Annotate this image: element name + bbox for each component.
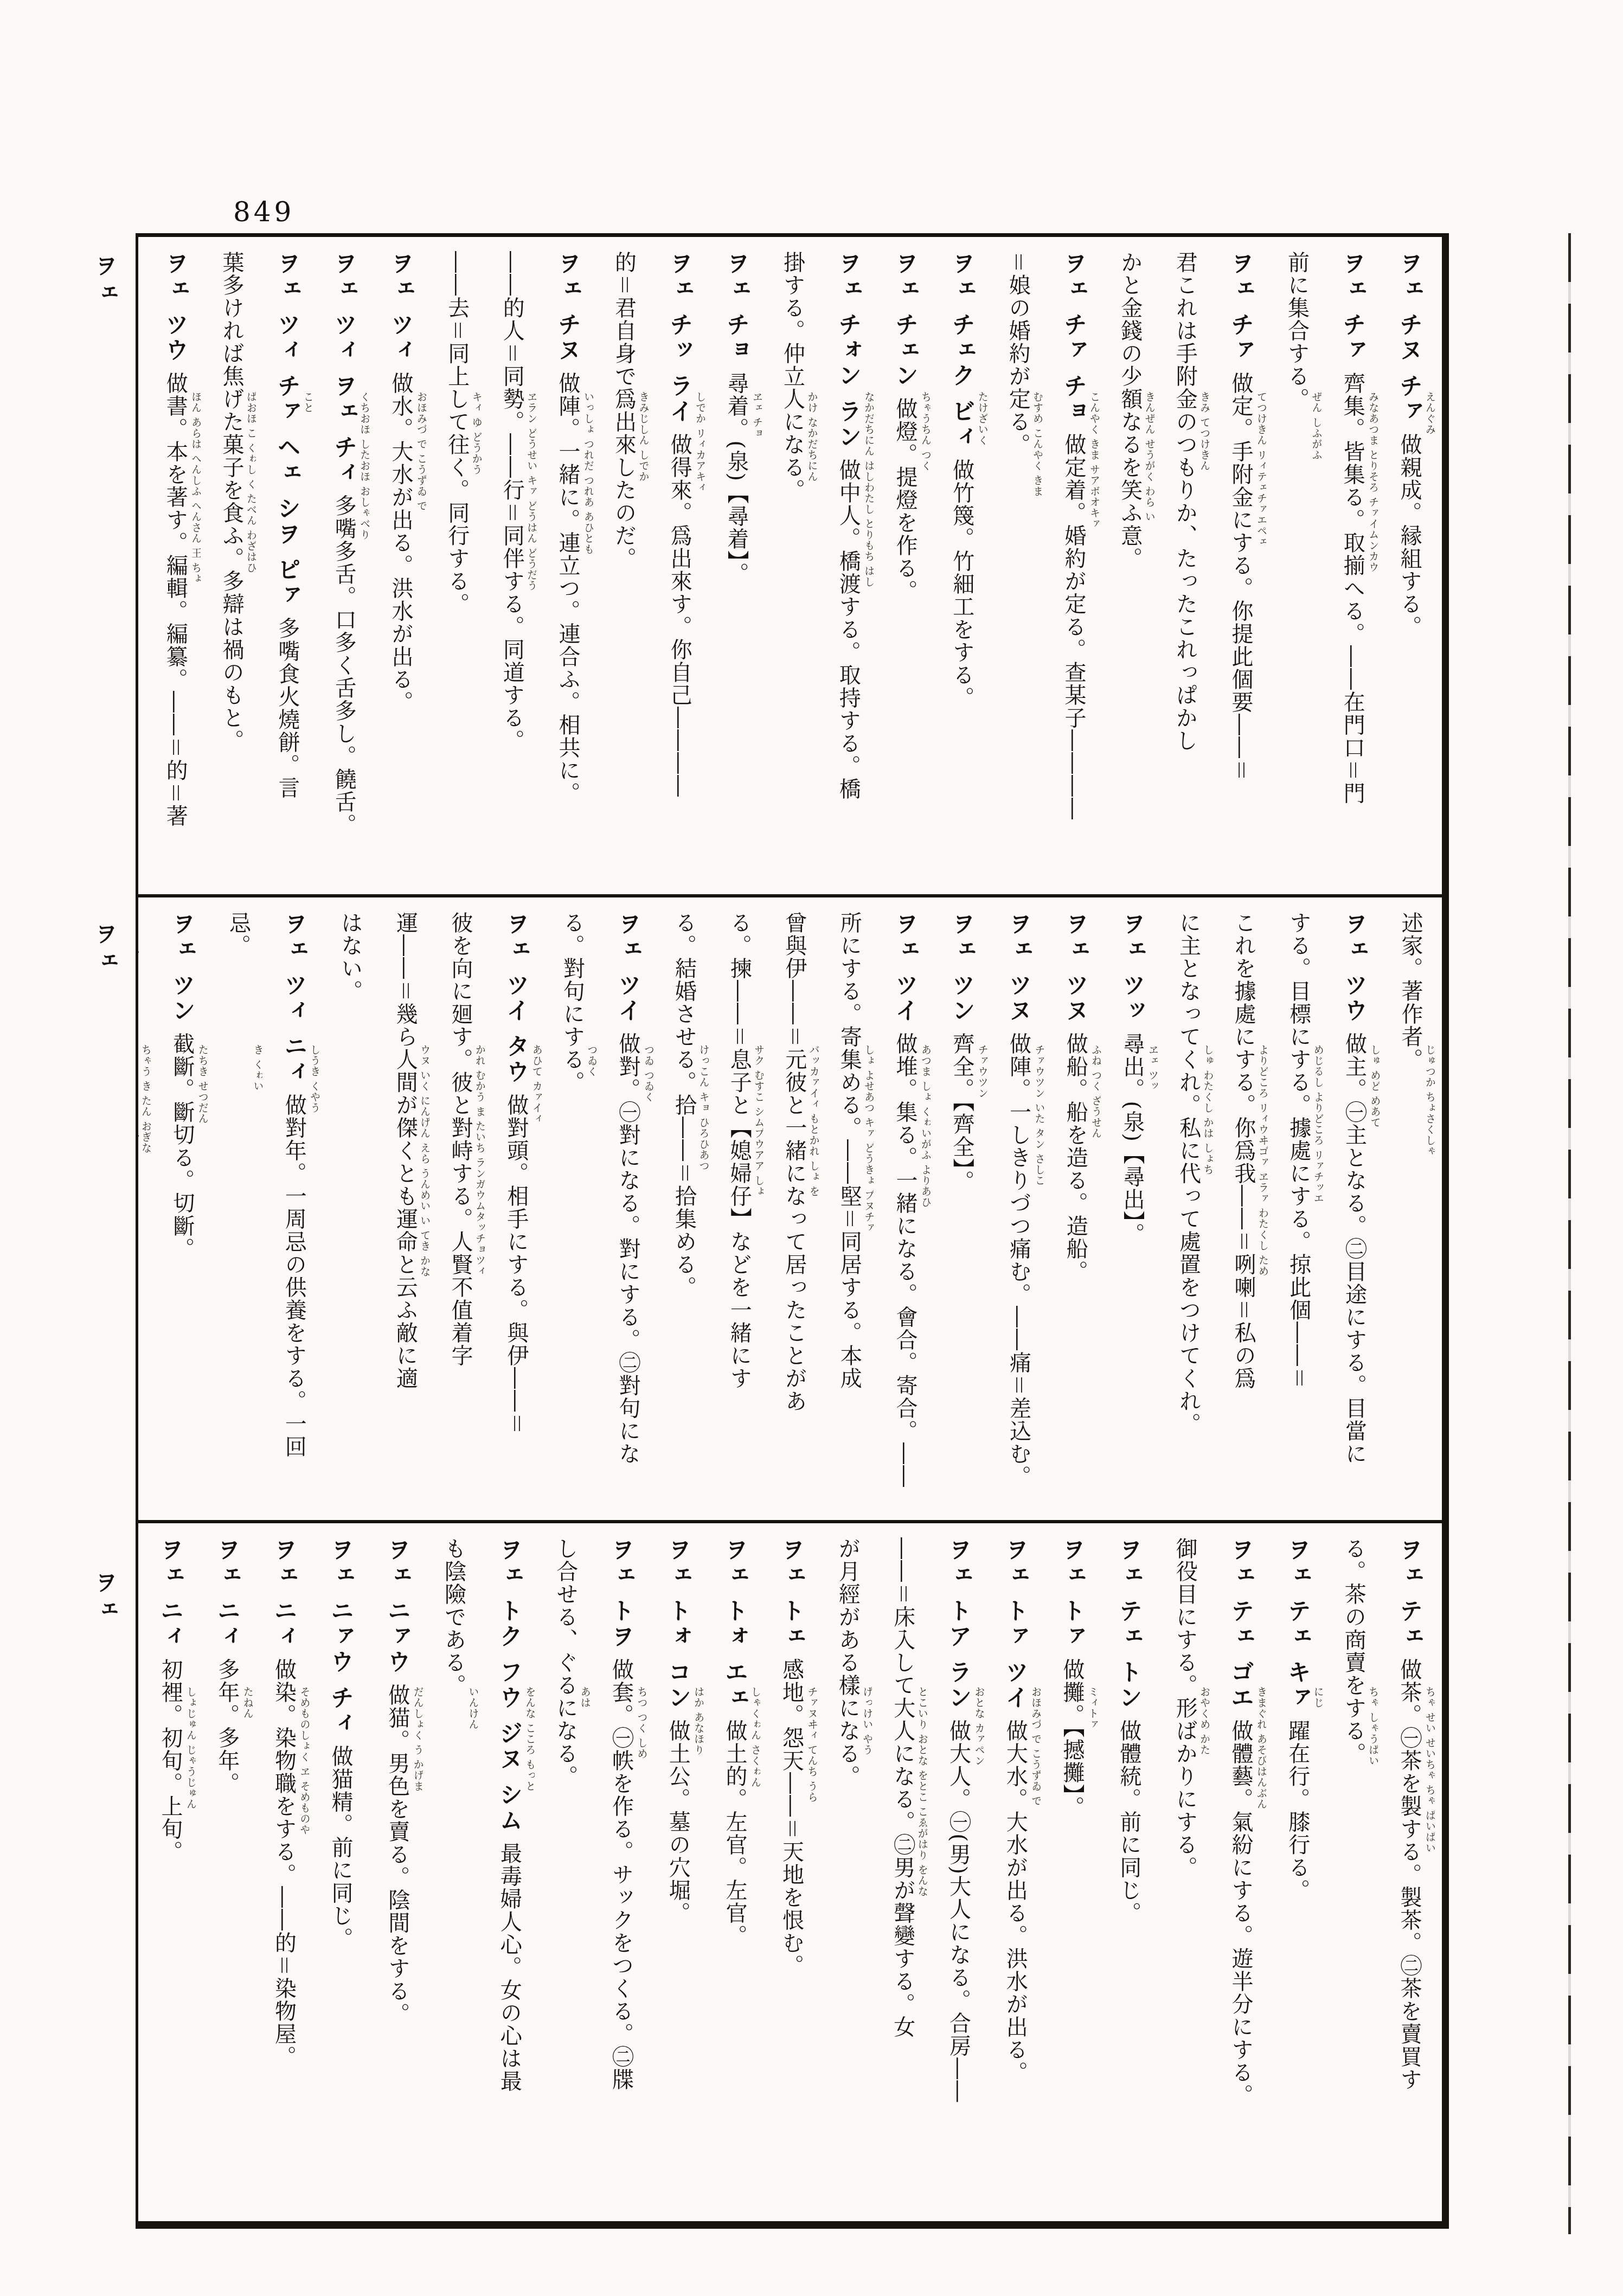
entry-text: 忌。 [226,912,251,957]
headword-kana: ヲェ トァ ツイ [1002,1537,1029,1711]
furigana: きんぜん せうがく わら い [1144,392,1154,522]
entry-text: ――的人＝同勢。――行＝同伴する。同道する。 [499,251,524,752]
entry-continuation-column: 曾與伊――＝元彼と一緒になって居ったことがあバッカァイィ もとかれ しょ を [782,912,805,1515]
entry-text: ＝娘の婚約が定る。 [1005,251,1030,456]
entry-text: 做土的。左官。左官。 [722,1720,747,1947]
furigana: にじ [1312,1686,1323,1708]
furigana: しゃくゎん さくゎん [749,1686,760,1788]
headword-kana: ヲェ チョ [723,251,750,363]
furigana: ミィトァ [1087,1686,1098,1730]
entry-continuation-column: 君これは手附金のつもりか、たったこれっぱかしきみ てつけきん [1173,251,1196,889]
headword-kana: ヲェ トア ラン [945,1537,972,1711]
entry-column: ヲェ ツイ做堆。集る。一緒になる。會合。寄合。――あつま しょ くゎいがふ より… [893,912,917,1515]
entry-text: 做竹篾。竹細工をする。 [950,459,974,709]
headword-kana: ヲェ チッ ライ [666,251,693,425]
furigana: き くゎい [252,1044,263,1092]
band-middle: 述家。著作者。じゅつか ちょさくしゃヲェ ツウ做主。㊀主となる。㊁目途にする。目… [138,897,1442,1520]
furigana: チァヌヰィ てんち うら [806,1686,817,1803]
dictionary-scan-page: { "page": { "number": "849", "margin_lab… [0,0,1623,2296]
entry-text: 做書。本を著す。編輯。編纂。――＝的＝著 [163,372,188,828]
entry-column: ヲェ チァ齊集。皆集る。取揃へる。――在門口＝門みなあつま とりそろ チァイムン… [1340,251,1365,889]
entry-continuation-column: に主となってくれ。私に代って處置をつけてくれ。しゅ わたくし かは しょち [1177,912,1199,1515]
furigana: バッカァイィ もとかれ しょ を [808,1044,819,1197]
furigana: おほみづ で こうずゐ で [1030,1686,1041,1806]
headword-kana: ヲェ ツィ チァ ヘェ シヲ ピァ [274,251,301,608]
headword-kana: ヲェ ツイ [614,912,641,1024]
furigana: ふね つく ざうせん [1090,1044,1101,1139]
furigana: ちゃ しゃうばい [1368,1686,1378,1766]
headword-kana: ヲェ チァ [1339,251,1366,363]
entry-text: 做定着。婚約が定る。查某子―――― [1061,433,1086,820]
furigana: てつけきん リィテェチァエペェ [1255,392,1266,547]
entry-continuation-column: 述家。著作者。じゅつか ちょさくしゃ [1399,912,1421,1515]
furigana: キィ ゆ どうかう [471,392,482,475]
entry-continuation-column: る。茶の商賣をする。ちゃ しゃうばい [1342,1537,1365,2216]
entry-text: 做堆。集る。一緒になる。會合。寄合。―― [893,1032,918,1488]
furigana: あつま しょ くゎいがふ よりあひ [920,1044,931,1208]
entry-text: 做得來。爲出來す。你自己―――― [667,433,692,798]
entry-column: ヲェ トェ感地。怨天――＝天地を恨む。チァヌヰィ てんち うら [779,1537,804,2216]
entry-continuation-column: これを據處にする。你爲我――＝咧喇＝私の爲よりどころ リィウヰゴァ ヱラァ わた… [1232,912,1255,1515]
entry-continuation-column: 運――＝幾ら人間が傑くとも運命と云ふ敵に適ウヌ いく にんげん えら うんめい … [394,912,416,1515]
entry-text: 尋着。(泉)【尋着】。 [724,372,749,585]
entry-column: ヲェ ツィ做水。大水が出る。洪水が出る。おほみづ で こうずゐ で [388,251,413,889]
headword-kana: ヲェ ニァウ [384,1537,411,1675]
entry-column: ヲェ ニィ做染。染物職をする。――的＝染物屋。そめものしょく ヱ そめものや [272,1537,296,2216]
entry-continuation-column: 掛する。仲立人になる。かけ なかだちにん [781,251,804,889]
furigana: しゅ わたくし かは しょち [1202,1044,1213,1175]
entry-column: ヲェ ニィ初裡。初旬。上旬。しょじゅん じゃうじゅん [158,1537,182,2216]
margin-index-label: ヲェ [93,922,116,976]
entry-column: ヲェ ツウ做主。㊀主となる。㊁目途にする。目當にしゅ めど めあて [1342,912,1367,1515]
headword-kana: ヲェ ツイ タウ [503,912,530,1085]
margin-index-label: ヲェ [93,254,116,308]
headword-kana: ヲェ ツィ ヲェ チィ [330,251,357,486]
entry-column: ヲェ テェ キァ躍在行。膝行る。にじ [1285,1537,1310,2216]
entry-text: 做陣。一緒に。連立つ。連合ふ。相共に。 [555,372,580,805]
headword-kana: ヲェ チァ [1227,251,1254,363]
entry-text: 做中人。橋渡する。取持する。橋 [836,459,861,800]
entry-column: ヲェ チァ チョ做定着。婚約が定る。查某子――――こんやく きま サアボオキァ [1061,251,1086,889]
entry-text: 做體統。前に同じ。 [1117,1720,1141,1925]
entry-continuation-column: 彼を向に廻す。彼と對峙する。人賢不值着字かれ むかう ま たいち ランガウムタッ… [448,912,471,1515]
entry-text: る。茶の商賣をする。 [1341,1537,1366,1765]
entry-column: ヲェ トァ做攤。【撼攤】。ミィトァ [1060,1537,1084,2216]
furigana: むすめ こんやく きま [1032,392,1043,497]
entry-text: が月經がある樣になる。 [835,1537,860,1788]
headword-kana: ヲェ ニィ [214,1537,241,1650]
headword-kana: ヲェ ニァウ チィ [327,1537,354,1736]
entry-text: 做茶。㊀茶を製する。製茶。㊁茶を賣買す [1397,1658,1422,2091]
headword-kana: ヲェ トォ コン [664,1537,691,1711]
entry-continuation-column: し合せる、ぐるになる。あは [554,1537,576,2216]
furigana: きみじしん しでか [638,392,649,482]
headword-kana: ヲェ ニィ [157,1537,184,1650]
headword-kana: ヲェ テェ トン [1115,1537,1143,1711]
furigana: きまぐれ あそびはんぶん [1255,1686,1266,1810]
entry-text: 初裡。初旬。上旬。 [158,1658,183,1863]
headword-kana: ヲェ チヌ [554,251,581,363]
entry-continuation-column: 的＝君自身で爲出來したのだ。きみじしん しでか [612,251,635,889]
entry-text: 做陣。一しきりづつ痛む。――痛＝差込む。 [1006,1032,1031,1488]
entry-continuation-column: ＝娘の婚約が定る。むすめ こんやく きま [1006,251,1029,889]
headword-kana: ヲェ ツイ [891,912,919,1024]
page-number: 849 [233,196,294,228]
entry-continuation-column: が月經がある樣になる。げっけい やう [836,1537,859,2216]
headword-kana: ヲェ トェ [778,1537,805,1650]
entry-continuation-column: る。揀――＝息子と【媳婦仔】などを一緒にすサク むすこ シムプウアア しょ [728,912,750,1515]
headword-kana: ヲェ ツッ [1119,912,1146,1024]
furigana: こと [302,392,313,413]
entry-column: ヲェ テェ トン做體統。前に同じ。 [1117,1537,1141,2216]
furigana: とこいり おとな をとこ こゑがはり をんな [916,1686,927,1897]
furigana: チァウツン [977,1044,987,1099]
entry-column: ヲェ ツヌ做船。船を造る。造船。ふね つく ざうせん [1063,912,1087,1515]
entry-column: ヲェ ツィ ヲェ チィ多嘴多舌。口多く舌多し。饒舌。くちおほ したおほ おしゃべ… [332,251,356,889]
entry-column: ヲェ チォン ラン做中人。橋渡する。取持する。橋なかだちにん はしわたし とりも… [836,251,861,889]
entry-text: 做染。染物職をする。――的＝染物屋。 [271,1658,296,2068]
entry-text: ――去＝同上して往く。同行する。 [445,251,470,615]
entry-text: し合せる、ぐるになる。 [553,1537,578,1788]
entry-column: ヲェ チァ做定。手附金にする。你提此個要――＝てつけきん リィテェチァエペェ [1228,251,1253,889]
furigana: ちゃうちん つく [920,392,931,471]
furigana: じゅつか ちょさくしゃ [1424,1044,1435,1157]
entry-text: も陰險である。 [441,1537,466,1697]
furigana: たけざいく [977,392,987,446]
headword-kana: ヲェ テェ ゴエ [1227,1537,1254,1711]
entry-text: 最毒婦人心。女の心は最 [497,1842,522,2093]
margin-index-label: ヲェ [93,1570,116,1625]
entry-column: ヲェ トァ ツイ做大水。大水が出る。洪水が出る。おほみづ で こうずゐ で [1003,1537,1028,2216]
entry-text: 感地。怨天――＝天地を恨む。 [779,1658,804,1977]
page-edge-line [1568,233,1571,2234]
furigana: ぜん しふがふ [1311,392,1322,460]
furigana: たねん [242,1686,253,1719]
furigana: つゐ つゐく [643,1044,653,1102]
headword-kana: ヲェ トァ [1059,1537,1086,1650]
entry-text: 做套。㊀帙を作る。サックをつくる。㊁牒 [608,1658,633,2091]
entry-continuation-column: する。目標にする。據處にする。掠此個――＝めじるし よりどころ リァチッエ [1287,912,1310,1515]
headword-kana: ヲェ ツウ [162,251,189,363]
entry-text: 齊全。【齊全】。 [950,1032,974,1193]
furigana: くちおほ したおほ おしゃべり [359,392,370,540]
entry-continuation-column: ――的人＝同勢。――行＝同伴する。同道する。ヱラン どうせい キァ どうはん ど… [501,251,523,889]
entry-text: する。目標にする。據處にする。掠此個――＝ [1286,912,1311,1390]
headword-kana: ヲェ ツィ [387,251,414,363]
furigana: かけ なかだちにん [806,392,817,482]
furigana: いんけん [467,1686,478,1730]
furigana: ヱラン どうせい キァ どうはん どうだう [526,392,537,591]
headword-kana: ヲェ トォ エェ [721,1537,748,1711]
furigana: だんしょく う かげま [412,1686,423,1792]
furigana: きみ てつけきん [1199,392,1210,471]
furigana: サク むすこ シムプウアア しょ [753,1044,764,1197]
entry-text: 做猫精。前に同じ。 [328,1745,353,1950]
furigana: しでか リィカアキィ [695,392,705,493]
entry-text: かと金錢の少額なるを笑ふ意。 [1118,251,1143,570]
entry-text: 做水。大水が出る。洪水が出る。 [388,372,413,714]
furigana: あひて カァイィ [531,1044,542,1124]
entry-text: 御役目にする。形ばかりにする。 [1172,1537,1197,1879]
entry-text: 躍在行。膝行る。 [1285,1720,1310,1902]
furigana: よりどころ リィウヰゴァ ヱラァ わたくし ため [1257,1044,1268,1277]
headword-kana: ヲェ テェ キァ [1284,1537,1311,1711]
entry-text: 的＝君自身で爲出來したのだ。 [612,251,637,570]
entry-text: 做定。手附金にする。你提此個要――＝ [1228,372,1253,782]
entry-text: 齊集。皆集る。取揃へる。――在門口＝門 [1340,372,1365,805]
entry-column: ヲェ ニィ多年。多年。たねん [215,1537,239,2216]
entry-text: 做船。船を造る。造船。 [1063,1032,1088,1283]
entry-continuation-column: はない。 [338,912,361,1515]
band-top: ヲェ チヌ チァ做親成。縁組する。えんぐみヲェ チァ齊集。皆集る。取揃へる。――… [138,237,1442,894]
entry-column: ヲェ トク フウ ジヌ シム最毒婦人心。女の心は最をんな こころ もっと [497,1537,521,2216]
furigana: チァウツン いた タン さしこ [1034,1044,1044,1186]
furigana: ウヌ いく にんげん えら うんめい い てき かな [419,1044,430,1277]
entry-text: 述家。著作者。 [1398,912,1423,1071]
dictionary-frame: ヲェ チヌ チァ做親成。縁組する。えんぐみヲェ チァ齊集。皆集る。取揃へる。――… [136,233,1449,2229]
entry-text: 多年。多年。 [215,1658,240,1795]
entry-column: ヲェ ニァウ チィ做猫精。前に同じ。 [328,1537,352,2216]
entry-continuation-column: ――去＝同上して往く。同行する。キィ ゆ どうかう [445,251,468,889]
entry-continuation-column: 葉多ければ焦げた菓子を食ふ。多辯は禍のもと。ばおほ こ くゎし く たべん わざ… [220,251,242,889]
band-bottom: ヲェ テェ做茶。㊀茶を製する。製茶。㊁茶を賣買すちゃ せい せいちゃ ちゃ ばい… [138,1523,1442,2222]
entry-text: 做對。㊀對になる。對にする。㊁對句にな [615,1032,640,1465]
entry-text: ――＝床入して大人になる。㊁男が聲變する。女 [890,1537,915,2038]
entry-column: ヲェ トォ コン做土公。墓の穴堀。はか あなほり [665,1537,690,2216]
furigana: みなあつま とりそろ チァイムンカウ [1368,392,1378,573]
entry-text: 所にする。寄集める。――堅＝同居する。本成 [837,912,862,1390]
entry-column: ヲェ ニァウ做猫。男色を賣る。陰間をする。だんしょく う かげま [385,1537,409,2216]
entry-text: 做大水。大水が出る。洪水が出る。 [1003,1720,1028,2084]
entry-column: ヲェ チヌ チァ做親成。縁組する。えんぐみ [1397,251,1421,889]
furigana: つゐく [586,1044,596,1077]
entry-text: に主となってくれ。私に代って處置をつけてくれ。 [1176,912,1201,1435]
entry-text: 葉多ければ焦げた菓子を食ふ。多辯は禍のもと。 [219,251,244,752]
headword-kana: ヲェ ツヌ [1062,912,1089,1024]
furigana: こんやく きま サアボオキァ [1088,392,1099,529]
entry-text: 彼を向に廻す。彼と對峙する。人賢不值着字 [448,912,473,1367]
headword-kana: ヲェ ツン ポオ テェ [138,912,139,1146]
furigana: おやくめ かた [1199,1686,1210,1755]
entry-text: 做主。㊀主となる。㊁目途にする。目當に [1342,1032,1367,1465]
entry-continuation-column: 忌。き くゎい [227,912,249,1515]
furigana: ちつ つく しめ [636,1686,647,1759]
headword-kana: ヲェ チェン [891,251,919,389]
entry-text: 做對年。一周忌の供養をする。一回 [281,1094,306,1458]
entry-text: 曾與伊――＝元彼と一緒になって居ったことがあ [782,912,807,1413]
headword-kana: ヲェ ツン [948,912,976,1024]
entry-continuation-column: かと金錢の少額なるを笑ふ意。きんぜん せうがく わら い [1118,251,1141,889]
entry-column: ヲェ チェク ビィ做竹篾。竹細工をする。たけざいく [950,251,974,889]
entry-column: ヲェ ツン截斷。斷切る。切斷。たちき せつだん [170,912,194,1515]
entry-text: 做對頭。相手にする。與伊――＝ [504,1094,529,1435]
entry-text: 多嘴食火燒餅。言 [275,617,300,799]
entry-text: る。結婚させる。拾――＝拾集める。 [672,912,697,1299]
headword-kana: ヲェ ツィ ニィ [280,912,307,1085]
headword-kana: ヲェ ツウ [1340,912,1368,1024]
headword-kana: ヲェ チェク ビィ [948,251,976,450]
furigana: おほみづ で こうずゐ で [415,392,426,511]
furigana: ヱェ チョ [751,392,762,439]
entry-text: 做體藝。氣紛にする。遊半分にする。 [1228,1720,1253,2107]
furigana: しょ よせあつ キァ どうきょ ブヌチァ [863,1044,874,1233]
entry-text: 尋出。(泉)【尋出】。 [1120,1032,1145,1246]
entry-continuation-column: も陰險である。いんけん [442,1537,465,2216]
entry-text: これを據處にする。你爲我――＝咧喇＝私の爲 [1231,912,1256,1390]
headword-kana: ヲェ チォン ラン [835,251,862,450]
entry-continuation-column: ――＝床入して大人になる。㊁男が聲變する。女とこいり おとな をとこ こゑがはり… [891,1537,914,2216]
furigana: しょじゅん じゃうじゅん [185,1686,196,1810]
entry-continuation-column: 御役目にする。形ばかりにする。おやくめ かた [1173,1537,1196,2216]
entry-text: る。對句にする。 [560,912,585,1094]
entry-continuation-column: 前に集合する。ぜん しふがふ [1285,251,1308,889]
entry-column: ヲェ ツヌ做陣。一しきりづつ痛む。――痛＝差込む。チァウツン いた タン さしこ [1006,912,1031,1515]
entry-text: 掛する。仲立人になる。 [780,251,805,502]
entry-text: 做土公。墓の穴堀。 [665,1720,690,1925]
furigana: をんな こころ もっと [524,1686,535,1792]
entry-text: 運――＝幾ら人間が傑くとも運命と云ふ敵に適 [393,912,418,1390]
entry-column: ヲェ トヲ做套。㊀帙を作る。サックをつくる。㊁牒ちつ つく しめ [609,1537,633,2216]
furigana: しゅ めど めあて [1369,1044,1380,1128]
entry-column: ヲェ ツィ ニィ做對年。一周忌の供養をする。一回しうき くやう [281,912,306,1515]
furigana: たちき せつだん [197,1044,208,1124]
entry-text: 君これは手附金のつもりか、たったこれっぱかし [1172,251,1197,752]
entry-column: ヲェ テェ ゴエ做體藝。氣紛にする。遊半分にする。きまぐれ あそびはんぶん [1228,1537,1253,2216]
headword-kana: ヲェ テェ [1396,1537,1423,1650]
entry-text: 做攤。【撼攤】。 [1060,1658,1085,1819]
furigana: なかだちにん はしわたし とりもち はし [863,392,874,587]
headword-kana: ヲェ ツヌ [1005,912,1032,1024]
furigana: えんぐみ [1424,392,1435,435]
entry-text: はない。 [338,912,363,1003]
furigana: そめものしょく ヱ そめものや [299,1686,310,1835]
entry-column: ヲェ チョ尋着。(泉)【尋着】。ヱェ チョ [724,251,748,889]
furigana: しうき くやう [309,1044,319,1113]
furigana: あは [579,1686,590,1708]
entry-continuation-column: る。對句にする。つゐく [561,912,583,1515]
entry-text: 多嘴多舌。口多く舌多し。饒舌。 [331,495,356,836]
entry-column: ヲェ トア ラン做大人。㊀(男)大人になる。合房――おとな カァペン [946,1537,971,2216]
entry-column: ヲェ チヌ做陣。一緒に。連立つ。連合ふ。相共に。いっしょ つれだ つれあ あひと… [555,251,580,889]
entry-column: ヲェ テェ做茶。㊀茶を製する。製茶。㊁茶を賣買すちゃ せい せいちゃ ちゃ ばい… [1397,1537,1421,2216]
furigana: いっしょ つれだ つれあ あひとも [582,392,593,555]
entry-text: 做猫。男色を賣る。陰間をする。 [385,1684,410,2025]
furigana: ほん あらは へんしふ へんさん 王 ちょ [190,392,201,584]
entry-text: 截斷。斷切る。切斷。 [170,1032,195,1260]
entry-column: ヲェ ツウ做書。本を著す。編輯。編纂。――＝的＝著ほん あらは へんしふ へんさ… [163,251,188,889]
entry-text: 做大人。㊀(男)大人になる。合房―― [946,1720,971,2103]
entry-text: 做親成。縁組する。 [1397,433,1422,638]
headword-kana: ヲェ ニィ [270,1537,297,1650]
furigana: けっこん キョ ひろひあつ [698,1044,709,1171]
furigana: ちゃ せい せいちゃ ちゃ ばいばい [1424,1686,1435,1854]
headword-kana: ヲェ トヲ [607,1537,634,1650]
headword-kana: ヲェ チァ チョ [1060,251,1087,425]
furigana: ヱェ ツッ [1147,1044,1158,1092]
entry-column: ヲェ チェン做燈。提燈を作る。ちゃうちん つく [893,251,917,889]
headword-kana: ヲェ ツン [169,912,196,1024]
furigana: めじるし よりどころ リァチッエ [1312,1044,1323,1204]
entry-continuation-column: る。結婚させる。拾――＝拾集める。けっこん キョ ひろひあつ [672,912,695,1515]
entry-text: 做燈。提燈を作る。 [893,397,918,602]
entry-column: ヲェ トォ エェ做土的。左官。左官。しゃくゎん さくゎん [722,1537,747,2216]
furigana: ちゃう き たん おぎな [140,1044,151,1153]
headword-kana: ヲェ チヌ チァ [1396,251,1423,425]
headword-kana: ヲェ トク フウ ジヌ シム [496,1537,523,1833]
entry-column: ヲェ ツン齊全。【齊全】。チァウツン [950,912,974,1515]
furigana: かれ むかう ま たいち ランガウムタッチョツィ [474,1044,485,1277]
entry-column: ヲェ チッ ライ做得來。爲出來す。你自己――――しでか リィカアキィ [668,251,692,889]
entry-column: ヲェ ツッ尋出。(泉)【尋出】。ヱェ ツッ [1120,912,1144,1515]
furigana: おとな カァペン [973,1686,984,1766]
entry-text: 前に集合する。 [1285,251,1310,411]
entry-column: ヲェ ツイ タウ做對頭。相手にする。與伊――＝あひて カァイィ [504,912,528,1515]
furigana: ばおほ こ くゎし く たべん わざはひ [245,392,256,573]
entry-continuation-column: 所にする。寄集める。――堅＝同居する。本成しょ よせあつ キァ どうきょ ブヌチ… [838,912,861,1515]
furigana: げっけい やう [861,1686,872,1755]
entry-text: る。揀――＝息子と【媳婦仔】などを一緒にす [727,912,752,1390]
entry-column: ヲェ ツイ做對。㊀對になる。對にする。㊁對句になつゐ つゐく [615,912,640,1515]
furigana: はか あなほり [692,1686,703,1755]
entry-column: ヲェ ツィ チァ ヘェ シヲ ピァ多嘴食火燒餅。言こと [275,251,299,889]
